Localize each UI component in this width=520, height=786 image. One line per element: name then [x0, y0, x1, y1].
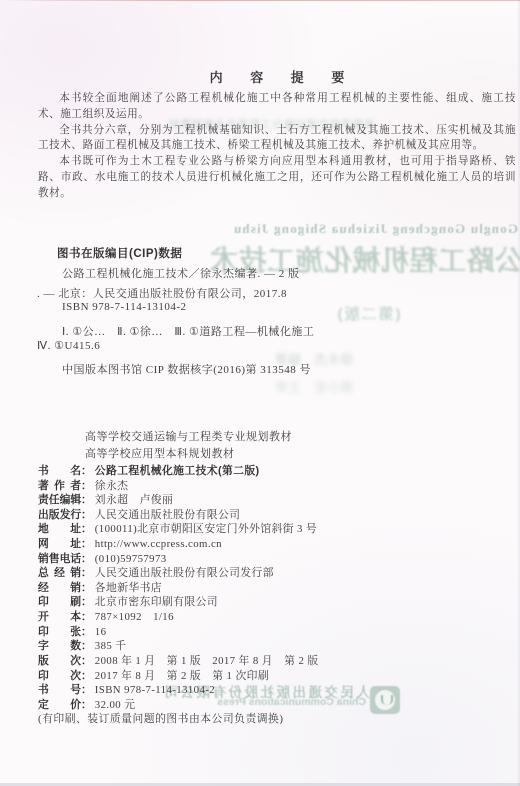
summary-paragraph: 本书既可作为土木工程专业公路与桥梁方向应用型本科通用教材，也可用于指导路桥、铁路… — [38, 154, 516, 201]
colophon-colon: ： — [81, 521, 92, 536]
colophon-row: 印张：16 — [38, 624, 516, 639]
summary-paragraph: 本书较全面地阐述了公路工程机械化施工中各种常用工程机械的主要性能、组成、施工技术… — [38, 91, 516, 123]
colophon-value: 16 — [95, 626, 107, 638]
colophon-label: 书名 — [38, 463, 81, 478]
colophon-row: 定价：32.00 元 — [38, 697, 516, 712]
colophon-colon: ： — [81, 682, 92, 697]
colophon-colon: ： — [81, 492, 92, 507]
cip-line: Ⅰ. ①公… Ⅱ. ①徐… Ⅲ. ①道路工程—机械化施工 — [62, 323, 314, 339]
colophon-label: 地址 — [38, 521, 81, 536]
quality-exchange-note: (有印刷、装订质量问题的图书由本公司负责调换) — [38, 711, 283, 726]
colophon-value: 徐永杰 — [95, 478, 129, 493]
colophon-label: 定价 — [38, 697, 81, 712]
colophon-colon: ： — [81, 609, 92, 624]
colophon-value: 2017 年 8 月 第 2 版 第 1 次印刷 — [95, 668, 269, 683]
cip-line: ISBN 978-7-114-13104-2 — [62, 301, 187, 313]
colophon-row: 销售电话：(010)59757973 — [38, 551, 516, 566]
colophon-value: 385 千 — [95, 638, 127, 653]
colophon-value: 2008 年 1 月 第 1 版 2017 年 8 月 第 2 版 — [95, 653, 319, 668]
colophon-label: 印刷 — [38, 594, 81, 609]
colophon-row: 地址：(100011)北京市朝阳区安定门外外馆斜街 3 号 — [38, 521, 516, 536]
colophon-colon: ： — [81, 565, 92, 580]
colophon-row: 书号：ISBN 978-7-114-13104-2 — [38, 682, 516, 697]
colophon-label: 著作者 — [38, 478, 81, 493]
colophon-value: 人民交通出版社股份有限公司 — [95, 507, 241, 522]
colophon-colon: ： — [81, 624, 92, 639]
colophon-colon: ： — [81, 478, 92, 493]
colophon-row: 出版发行：人民交通出版社股份有限公司 — [38, 507, 516, 522]
colophon-row: 印次：2017 年 8 月 第 2 版 第 1 次印刷 — [38, 668, 516, 683]
colophon-label: 责任编辑 — [38, 492, 81, 507]
showthrough-reviewer: 郭小宏 主审 — [203, 377, 353, 396]
colophon-label: 开本 — [38, 609, 81, 624]
content-summary-paragraphs: 本书较全面地阐述了公路工程机械化施工中各种常用工程机械的主要性能、组成、施工技术… — [38, 91, 516, 202]
colophon-colon: ： — [81, 507, 92, 522]
book-copyright-page: 高等学校交通运输与工程类专业规划教材 Gonglu Gongcheng Jixi… — [0, 0, 520, 786]
colophon-value: 各地新华书店 — [95, 580, 162, 595]
colophon-value: 787×1092 1/16 — [95, 609, 174, 624]
colophon-value: (010)59757973 — [95, 553, 167, 565]
colophon-row: 总经销：人民交通出版社股份有限公司发行部 — [38, 565, 516, 580]
series-title-2: 高等学校应用型本科规划教材 — [85, 446, 292, 463]
showthrough-pinyin-title: Gonglu Gongcheng Jixiehua Shigong Jishu — [92, 221, 518, 237]
cip-line: 公路工程机械化施工技术／徐永杰编著. — 2 版 — [62, 265, 300, 281]
colophon-label: 经销 — [38, 580, 81, 595]
cip-line: . — 北京：人民交通出版社股份有限公司，2017.8 — [37, 285, 287, 301]
colophon-label: 总经销 — [38, 565, 81, 580]
series-title-1: 高等学校交通运输与工程类专业规划教材 — [85, 429, 292, 446]
showthrough-author: 徐永杰 编著 — [203, 349, 353, 368]
colophon-row: 开本：787×1092 1/16 — [38, 609, 516, 624]
colophon-colon: ： — [81, 594, 92, 609]
summary-paragraph: 全书共分六章，分别为工程机械基础知识、土石方工程机械及其施工技术、压实机械及其施… — [38, 123, 516, 155]
colophon-label: 字数 — [38, 638, 81, 653]
colophon-label: 出版发行 — [38, 507, 81, 522]
scan-top-edge — [0, 0, 520, 1]
colophon-colon: ： — [81, 638, 92, 653]
colophon-value: 公路工程机械化施工技术(第二版) — [95, 463, 260, 478]
colophon-value: 人民交通出版社股份有限公司发行部 — [95, 565, 274, 580]
content-summary-heading: 内 容 提 要 — [38, 67, 516, 86]
cip-heading: 图书在版编目(CIP)数据 — [57, 245, 182, 261]
colophon-label: 书号 — [38, 682, 81, 697]
colophon-colon: ： — [81, 668, 92, 683]
colophon-colon: ： — [81, 697, 92, 712]
colophon-value: http://www.ccpress.com.cn — [95, 538, 222, 550]
colophon-colon: ： — [81, 463, 92, 478]
colophon-colon: ： — [81, 653, 92, 668]
colophon-value: (100011)北京市朝阳区安定门外外馆斜街 3 号 — [95, 521, 317, 536]
colophon-row: 印刷：北京市密东印刷有限公司 — [38, 594, 516, 609]
colophon-row: 著作者：徐永杰 — [38, 478, 516, 493]
showthrough-book-title: 公路工程机械化施工技术 — [233, 239, 520, 279]
series-titles: 高等学校交通运输与工程类专业规划教材 高等学校应用型本科规划教材 — [85, 429, 292, 462]
colophon-colon: ： — [81, 551, 92, 566]
colophon-row: 书名：公路工程机械化施工技术(第二版) — [38, 463, 516, 478]
colophon-label: 印张 — [38, 624, 81, 639]
colophon-label: 网址 — [38, 536, 81, 551]
colophon-row: 版次：2008 年 1 月 第 1 版 2017 年 8 月 第 2 版 — [38, 653, 516, 668]
cip-line: Ⅳ. ①U415.6 — [37, 339, 100, 352]
colophon-colon: ： — [81, 580, 92, 595]
colophon-value: 32.00 元 — [95, 697, 136, 712]
colophon-value: ISBN 978-7-114-13104-2 — [95, 684, 215, 696]
colophon-label: 销售电话 — [38, 551, 81, 566]
colophon: 书名：公路工程机械化施工技术(第二版)著作者：徐永杰责任编辑：刘永超 卢俊丽出版… — [38, 463, 516, 711]
colophon-label: 印次 — [38, 668, 81, 683]
cip-line: 中国版本图书馆 CIP 数据核字(2016)第 313548 号 — [62, 361, 311, 377]
showthrough-edition: (第二版) — [320, 303, 416, 324]
colophon-row: 责任编辑：刘永超 卢俊丽 — [38, 492, 516, 507]
colophon-row: 网址：http://www.ccpress.com.cn — [38, 536, 516, 551]
colophon-colon: ： — [81, 536, 92, 551]
colophon-row: 经销：各地新华书店 — [38, 580, 516, 595]
colophon-row: 字数：385 千 — [38, 638, 516, 653]
colophon-value: 刘永超 卢俊丽 — [95, 492, 173, 507]
colophon-label: 版次 — [38, 653, 81, 668]
colophon-value: 北京市密东印刷有限公司 — [95, 594, 218, 609]
